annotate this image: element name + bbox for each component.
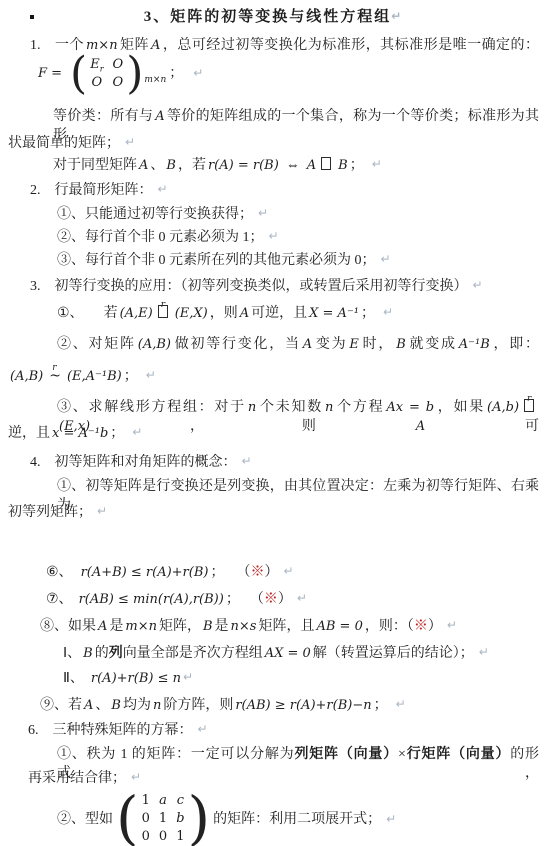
text-run: ③、求解线形方程组：对于 <box>57 400 246 415</box>
math-run: n×s <box>229 619 259 634</box>
text-run: ①、初等矩阵是行变换还是列变换，由其位置决定：左乘为初等行矩阵、右乘为 <box>57 479 539 513</box>
text-run: ①、 <box>57 306 84 321</box>
spacer <box>73 575 79 576</box>
pilcrow-mark: ↵ <box>242 454 252 468</box>
text-run: 就变成 <box>408 337 457 352</box>
matrix-grid: 1ac01b001 <box>139 792 188 846</box>
math-run: A <box>137 158 150 173</box>
left-paren: ( <box>70 55 87 92</box>
pilcrow-mark: ↵ <box>269 229 279 243</box>
text-run: 对于同型矩阵 <box>53 158 137 173</box>
text-run: 若 <box>104 306 118 321</box>
spacer <box>364 168 372 169</box>
text-run: 初等矩阵和对角矩阵的概念： <box>55 455 237 470</box>
math-run: B <box>336 158 350 173</box>
text-run: 做初等行变化，当 <box>173 337 301 352</box>
math-run: A <box>149 38 162 53</box>
pilcrow-mark: ↵ <box>297 591 307 605</box>
text-run: 个方程 <box>335 400 384 415</box>
spacer <box>41 289 55 290</box>
text-run: 、 <box>95 698 109 713</box>
spacer <box>41 48 55 49</box>
math-run: B <box>109 698 123 713</box>
text-run: 变为 <box>314 337 347 352</box>
math-run: n <box>151 698 163 713</box>
equivalence-box-symbol <box>321 157 331 170</box>
spacer <box>138 379 146 380</box>
item-3-2: ②、对矩阵(A,B)做初等行变化，当A变为E时，B就变成A⁻¹B，即： <box>57 335 539 354</box>
text-run: ，若 <box>178 158 206 173</box>
math-run: A <box>82 698 95 713</box>
text-run: ，则：（ <box>365 619 414 634</box>
text-run: 再采用结合律； <box>28 771 126 786</box>
text-run: 是 <box>109 619 123 634</box>
item-3-1: ①、若(A,E)r(E,X)，则A可逆，且X = A⁻¹；↵ <box>57 303 393 322</box>
math-run: E <box>347 337 361 352</box>
item-5-7: ⑦、r(AB) ≤ min(r(A),r(B))；（※）↵ <box>46 589 307 608</box>
para-equivalence-class-1: 等价类：所有与A等价的矩阵组成的一个集合，称为一个等价类；标准形为其形 <box>53 107 539 126</box>
text-run: ） <box>428 619 442 634</box>
math-run: (A,B) <box>136 337 173 352</box>
item-6: 6.三种特殊矩阵的方幂：↵ <box>28 720 208 739</box>
pilcrow-mark: ↵ <box>258 206 268 220</box>
item-2-3: ③、每行首个非 0 元素所在列的其他元素必须为 0；↵ <box>57 250 391 269</box>
text-run: 等价类：所有与 <box>53 109 153 124</box>
text-run: 的矩阵：利用二项展开式； <box>213 810 381 829</box>
text-run: 状最简单的矩阵； <box>8 136 120 151</box>
matrix-subscript: m×n <box>144 71 166 90</box>
math-run: (A,b) <box>485 400 521 415</box>
item-3-3: ③、求解线形方程组：对于n个未知数n个方程Ax = b，如果(A,b)r(E,x… <box>57 398 539 417</box>
pilcrow-mark: ↵ <box>131 770 141 784</box>
pilcrow-mark: ↵ <box>183 670 193 684</box>
spacer <box>73 602 77 603</box>
para-same-type: 对于同型矩阵A、B，若r(A) = r(B)⇔AB；↵ <box>53 155 382 174</box>
item-6-2: ②、型如(1ac01b001)的矩阵：利用二项展开式；↵ <box>57 792 396 846</box>
matrix-cell: Er <box>90 56 103 74</box>
text-run: 矩阵， <box>159 619 201 634</box>
pilcrow-mark: ↵ <box>146 368 156 382</box>
text-run: （ <box>236 565 250 580</box>
matrix-cell: 0 <box>159 828 167 846</box>
matrix-cell: 0 <box>142 828 150 846</box>
spacer <box>41 193 55 194</box>
pilcrow-mark: ↵ <box>391 9 403 23</box>
item-3-2-wrap: (A,B)~r(E,A⁻¹B)；↵ <box>8 366 156 385</box>
text-run: 6. <box>28 723 39 738</box>
text-run: ） <box>278 592 292 607</box>
math-run: A <box>414 419 427 434</box>
text-run: 三种特殊矩阵的方幂： <box>53 723 193 738</box>
text-run: ； <box>350 158 364 173</box>
item-5-8: ⑧、如果A是m×n矩阵，B是n×s矩阵，且AB = 0，则：（※）↵ <box>40 616 457 635</box>
bold-run: 行矩阵（向量） <box>406 747 510 762</box>
math-run: (A,E) <box>118 306 155 321</box>
math-run: A <box>238 306 251 321</box>
math-run: A⁻¹B <box>457 337 492 352</box>
math-run: r(AB) ≤ min(r(A),r(B)) <box>77 592 226 607</box>
text-run: ⇔ <box>286 158 300 173</box>
para-equivalence-class-2: 状最简单的矩阵；↵ <box>8 133 135 152</box>
matrix-cell: 1 <box>176 828 184 846</box>
text-run: 3. <box>30 279 41 294</box>
bold-run: 列 <box>109 646 123 661</box>
reference-star: ※ <box>264 592 278 607</box>
pilcrow-mark: ↵ <box>193 64 203 83</box>
item-5-8-I: Ⅰ、B的列向量全部是齐次方程组AX = 0解（转置运算后的结论）；↵ <box>63 643 489 662</box>
math-run: m×n <box>123 619 159 634</box>
math-run: (E,X) <box>173 306 210 321</box>
text-run: 个未知数 <box>258 400 323 415</box>
pilcrow-mark: ↵ <box>283 564 293 578</box>
text-run: 行最简形矩阵： <box>55 183 153 198</box>
pilcrow-mark: ↵ <box>383 305 393 319</box>
math-run: r(A+B) ≤ r(A)+r(B) <box>79 565 211 580</box>
text-run: 可逆，且 <box>251 306 307 321</box>
math-run: Ax = b <box>384 400 436 415</box>
item-4-1-wrap: 初等列矩阵；↵ <box>8 502 107 521</box>
text-run: × <box>398 747 406 762</box>
pilcrow-mark: ↵ <box>479 645 489 659</box>
text-run: 、 <box>150 158 164 173</box>
math-run: F = <box>36 64 64 83</box>
text-run: 初等列矩阵； <box>8 505 92 520</box>
text-run: ，总可经过初等变换化为标准形，其标准形是唯一确定的： <box>162 38 539 53</box>
text-run: （ <box>250 592 264 607</box>
spacer <box>41 465 55 466</box>
text-run: 1. <box>30 38 41 53</box>
item-2-2: ②、每行首个非 0 元素必须为 1；↵ <box>57 227 279 246</box>
math-run: r(AB) ≥ r(A)+r(B)−n <box>233 698 373 713</box>
matrix-cell: 0 <box>142 810 150 828</box>
math-run: B <box>81 646 95 661</box>
reference-star: ※ <box>250 565 264 580</box>
spacer <box>183 73 193 74</box>
spacer <box>64 73 67 74</box>
item-2-1: ①、只能通过初等行变换获得；↵ <box>57 204 268 223</box>
text-run: ； <box>374 698 388 713</box>
matrix-figure: (1ac01b001) <box>116 792 210 846</box>
matrix-cell: O <box>113 74 124 92</box>
text-run: ②、每行首个非 0 元素必须为 1； <box>57 230 264 245</box>
math-run: B <box>164 158 178 173</box>
text-run: ①、只能通过初等行变换获得； <box>57 207 253 222</box>
formula-standard-form: F =(ErOOO)m×n；↵ <box>36 55 203 92</box>
math-run: B <box>394 337 408 352</box>
pilcrow-mark: ↵ <box>396 697 406 711</box>
row-equivalence-tilde-symbol: ~r <box>49 368 61 384</box>
matrix-grid: ErOOO <box>87 56 126 92</box>
text-run: ①、秩为 1 的矩阵：一定可以分解为 <box>57 747 294 762</box>
text-run: 矩阵，且 <box>258 619 314 634</box>
pilcrow-mark: ↵ <box>386 810 396 829</box>
text-run: ⑨、若 <box>40 698 82 713</box>
text-run: 4. <box>30 455 41 470</box>
text-run: 解（转置运算后的结论）； <box>313 646 474 661</box>
text-run: ③、每行首个非 0 元素所在列的其他元素必须为 0； <box>57 253 376 268</box>
item-2: 2.行最简形矩阵：↵ <box>30 180 168 199</box>
superscript: r <box>52 359 56 378</box>
math-run: A <box>153 109 166 124</box>
text-run: ⑥、 <box>46 565 73 580</box>
text-run: ； <box>210 565 224 580</box>
matrix-figure: (ErOOO)m×n <box>70 55 166 92</box>
math-run: AB = 0 <box>314 619 364 634</box>
text-run: ⑧、如果 <box>40 619 96 634</box>
text-run: ②、型如 <box>57 810 113 829</box>
spacer <box>388 708 396 709</box>
math-run: r(A) = r(B) <box>206 158 281 173</box>
matrix-cell: a <box>159 792 167 810</box>
text-run: 是 <box>215 619 229 634</box>
right-paren: ) <box>188 794 211 843</box>
text-run: ； <box>169 64 183 83</box>
left-paren: ( <box>116 794 139 843</box>
text-run: Ⅰ、 <box>63 646 81 661</box>
item-4-1: ①、初等矩阵是行变换还是列变换，由其位置决定：左乘为初等行矩阵、右乘为 <box>57 477 539 496</box>
item-5-8-II: Ⅱ、r(A)+r(B) ≤ n↵ <box>63 668 193 687</box>
item-3-3-wrap: 逆，且x = A⁻¹b；↵ <box>8 423 142 442</box>
text-run: 逆，且 <box>8 426 50 441</box>
item-1: 1.一个m×n矩阵A，总可经过初等变换化为标准形，其标准形是唯一确定的： <box>30 36 539 55</box>
text-run: 均为 <box>123 698 151 713</box>
spacer <box>240 602 250 603</box>
item-6-1: ①、秩为 1 的矩阵：一定可以分解为列矩阵（向量）×行矩阵（向量）的形式， <box>57 745 539 764</box>
math-run: (A,B) <box>8 369 45 384</box>
spacer <box>224 575 236 576</box>
pilcrow-mark: ↵ <box>158 182 168 196</box>
text-run: ②、对矩阵 <box>57 337 136 352</box>
text-run: ，如果 <box>436 400 485 415</box>
matrix-cell: c <box>176 792 184 810</box>
text-run: ，则 <box>210 306 238 321</box>
math-run: A <box>305 158 318 173</box>
math-run: r(A)+r(B) ≤ n <box>89 671 183 686</box>
text-run: 2. <box>30 183 41 198</box>
item-4: 4.初等矩阵和对角矩阵的概念：↵ <box>30 452 252 471</box>
pilcrow-mark: ↵ <box>372 157 382 171</box>
matrix-cell: b <box>176 810 184 828</box>
reference-star: ※ <box>414 619 428 634</box>
item-5-6: ⑥、r(A+B) ≤ r(A)+r(B)；（※）↵ <box>46 562 294 581</box>
math-run: n <box>323 400 335 415</box>
text-run: 初等行变换的应用：（初等列变换类似，或转置后采用初等行变换） <box>55 279 468 294</box>
text-run: ； <box>226 592 240 607</box>
matrix-cell: 1 <box>142 792 150 810</box>
math-run: A <box>96 619 109 634</box>
matrix-cell: O <box>90 74 103 92</box>
math-run: m×n <box>84 38 120 53</box>
matrix-cell: 1 <box>159 810 167 828</box>
text-run: ，即： <box>492 337 539 352</box>
equivalence-box-symbol: r <box>158 305 168 318</box>
text-run: 向量全部是齐次方程组 <box>123 646 263 661</box>
item-5-9: ⑨、若A、B均为n阶方阵，则r(AB) ≥ r(A)+r(B)−n；↵ <box>40 695 406 714</box>
text-run: ； <box>124 369 138 384</box>
equivalence-box-symbol: r <box>524 399 534 412</box>
page-title-text: 3、矩阵的初等变换与线性方程组 <box>144 9 392 25</box>
matrix-cell: O <box>113 56 124 74</box>
pilcrow-mark: ↵ <box>447 618 457 632</box>
page-title: 3、矩阵的初等变换与线性方程组↵ <box>0 7 547 26</box>
pilcrow-mark: ↵ <box>97 504 107 518</box>
text-run: 时， <box>361 337 394 352</box>
math-run: n <box>246 400 258 415</box>
text-run: 阶方阵，则 <box>163 698 233 713</box>
text-run: ； <box>110 426 124 441</box>
spacer <box>84 316 104 317</box>
text-run: 的 <box>95 646 109 661</box>
spacer <box>39 733 53 734</box>
math-run: X = A⁻¹ <box>307 306 361 321</box>
superscript: r <box>527 390 531 409</box>
text-run: ； <box>361 306 375 321</box>
document-page: 3、矩阵的初等变换与线性方程组↵ 1.一个m×n矩阵A，总可经过初等变换化为标准… <box>0 0 547 846</box>
pilcrow-mark: ↵ <box>473 278 483 292</box>
text-run: Ⅱ、 <box>63 671 84 686</box>
math-run: (E,A⁻¹B) <box>65 369 124 384</box>
math-run: B <box>201 619 215 634</box>
text-run: ⑦、 <box>46 592 73 607</box>
math-run: AX = 0 <box>263 646 313 661</box>
text-run: 可 <box>427 419 539 434</box>
right-paren: ) <box>126 55 143 92</box>
spacer <box>375 316 383 317</box>
item-3: 3.初等行变换的应用：（初等列变换类似，或转置后采用初等行变换）↵ <box>30 276 483 295</box>
text-run: ） <box>264 565 278 580</box>
pilcrow-mark: ↵ <box>381 252 391 266</box>
math-run: x = A⁻¹b <box>50 426 110 441</box>
math-run: A <box>301 337 314 352</box>
pilcrow-mark: ↵ <box>198 722 208 736</box>
pilcrow-mark: ↵ <box>132 425 142 439</box>
bold-run: 列矩阵（向量） <box>294 747 398 762</box>
superscript: r <box>161 296 165 315</box>
pilcrow-mark: ↵ <box>125 135 135 149</box>
